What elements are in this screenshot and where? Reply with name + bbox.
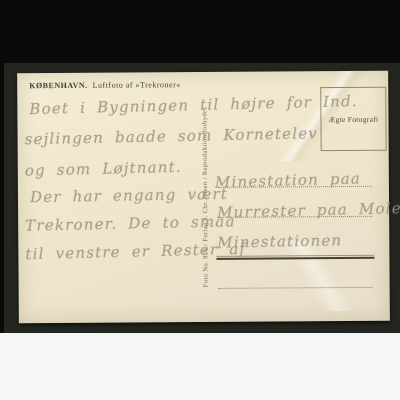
postcard-header: KØBENHAVN.Luftfoto af »Trekroner«: [29, 80, 181, 90]
paper-crease: [249, 241, 389, 312]
postcard-caption-label: Luftfoto af »Trekroner«: [93, 80, 181, 90]
handwriting-line: Murrester paa Molen: [217, 199, 400, 222]
handwriting-line: Boet i Bygningen til højre for Ind.: [29, 92, 358, 118]
address-line: [219, 287, 373, 289]
postcard-photo: KØBENHAVN.Luftfoto af »Trekroner« Foto N…: [0, 0, 400, 333]
handwriting-line: til venstre er Rester af: [25, 240, 246, 263]
handwriting-line: og som Løjtnant.: [25, 158, 182, 180]
page-background: [0, 333, 400, 400]
handwriting-line: Minestationen: [217, 231, 342, 252]
postcard-city-label: KØBENHAVN.: [29, 81, 87, 90]
postcard-back: KØBENHAVN.Luftfoto af »Trekroner« Foto N…: [17, 71, 390, 324]
stamp-box-label: Ægte Fotografi: [329, 114, 379, 123]
handwriting-line: Der har engang vært: [30, 185, 228, 206]
handwriting-line: Minestation paa: [215, 169, 362, 191]
handwriting-line: sejlingen baade som Kornetelev: [24, 124, 318, 148]
